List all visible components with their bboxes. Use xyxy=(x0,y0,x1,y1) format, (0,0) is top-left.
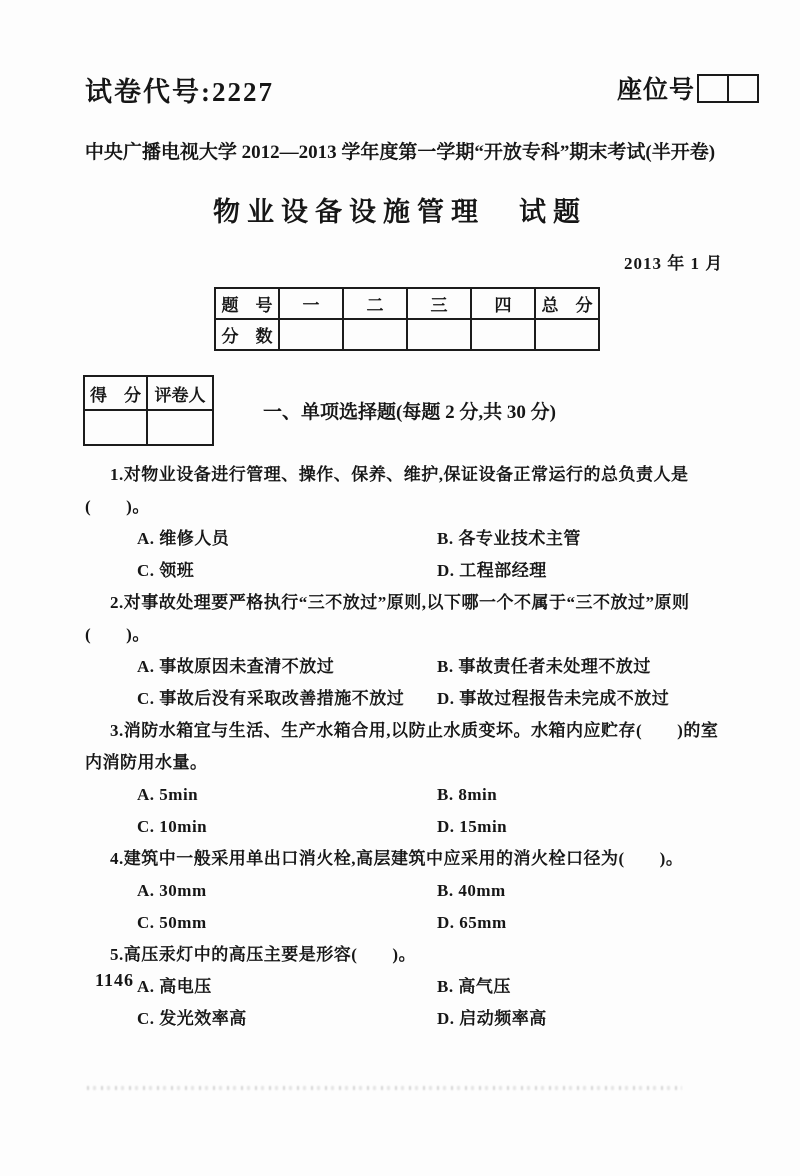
option-row: C. 10min D. 15min xyxy=(85,811,735,843)
question-1: 1.对物业设备进行管理、操作、保养、维护,保证设备正常运行的总负责人是( )。 … xyxy=(85,459,735,587)
option-d: D. 工程部经理 xyxy=(437,555,547,587)
question-5: 5.高压汞灯中的高压主要是形容( )。 A. 高电压 B. 高气压 C. 发光效… xyxy=(85,939,735,1035)
score-label-cell: 得 分 xyxy=(84,376,147,410)
score-table-header-row: 题 号 一 二 三 四 总 分 xyxy=(215,288,599,319)
question-number: 2. xyxy=(110,593,124,612)
score-table-header-cell: 三 xyxy=(407,288,471,319)
grader-label-cell: 评卷人 xyxy=(147,376,213,410)
option-c: C. 领班 xyxy=(137,555,194,587)
question-number: 4. xyxy=(110,849,124,868)
page-number: 1146 xyxy=(95,970,134,991)
grader-box-header-row: 得 分 评卷人 xyxy=(84,376,213,410)
question-body: 高压汞灯中的高压主要是形容( )。 xyxy=(124,945,416,964)
option-row: A. 维修人员 B. 各专业技术主管 xyxy=(85,523,735,555)
grader-box-empty-row xyxy=(84,410,213,445)
question-body: 对物业设备进行管理、操作、保养、维护,保证设备正常运行的总负责人是( )。 xyxy=(85,465,689,516)
score-cell-empty xyxy=(471,319,535,350)
option-row: A. 5min B. 8min xyxy=(85,779,735,811)
seat-number-area: 座位号 xyxy=(617,70,759,106)
seat-number-label: 座位号 xyxy=(617,70,695,106)
option-row: A. 高电压 B. 高气压 xyxy=(85,971,735,1003)
grader-score-box: 得 分 评卷人 xyxy=(83,375,214,446)
grader-empty-cell xyxy=(147,410,213,445)
seat-number-box-2 xyxy=(729,74,759,103)
option-d: D. 事故过程报告未完成不放过 xyxy=(437,683,669,715)
seat-number-boxes xyxy=(697,74,759,103)
question-number: 1. xyxy=(110,465,124,484)
question-number: 5. xyxy=(110,945,124,964)
question-2: 2.对事故处理要严格执行“三不放过”原则,以下哪一个不属于“三不放过”原则( )… xyxy=(85,587,735,715)
question-text: 2.对事故处理要严格执行“三不放过”原则,以下哪一个不属于“三不放过”原则( )… xyxy=(85,587,735,651)
question-text: 3.消防水箱宜与生活、生产水箱合用,以防止水质变坏。水箱内应贮存( )的室内消防… xyxy=(85,715,735,779)
question-body: 对事故处理要严格执行“三不放过”原则,以下哪一个不属于“三不放过”原则( )。 xyxy=(85,593,690,644)
option-a: A. 高电压 xyxy=(137,971,212,1003)
exam-paper-page: 试卷代号:2227 座位号 中央广播电视大学 2012—2013 学年度第一学期… xyxy=(0,0,800,1176)
score-row-label: 分 数 xyxy=(215,319,279,350)
option-d: D. 15min xyxy=(437,811,507,843)
score-cell-empty xyxy=(279,319,343,350)
option-d: D. 65mm xyxy=(437,907,507,939)
question-text: 5.高压汞灯中的高压主要是形容( )。 xyxy=(85,939,735,971)
question-body: 建筑中一般采用单出口消火栓,高层建筑中应采用的消火栓口径为( )。 xyxy=(124,849,684,868)
score-empty-cell xyxy=(84,410,147,445)
option-row: C. 发光效率高 D. 启动频率高 xyxy=(85,1003,735,1035)
page-title: 物业设备设施管理 试题 xyxy=(0,190,800,229)
scan-smudge-artifact xyxy=(87,1086,682,1090)
score-table-header-cell: 四 xyxy=(471,288,535,319)
score-cell-empty xyxy=(407,319,471,350)
option-row: A. 事故原因未查清不放过 B. 事故责任者未处理不放过 xyxy=(85,651,735,683)
option-a: A. 5min xyxy=(137,779,198,811)
score-table-header-cell: 题 号 xyxy=(215,288,279,319)
question-4: 4.建筑中一般采用单出口消火栓,高层建筑中应采用的消火栓口径为( )。 A. 3… xyxy=(85,843,735,939)
score-table-header-cell: 一 xyxy=(279,288,343,319)
question-3: 3.消防水箱宜与生活、生产水箱合用,以防止水质变坏。水箱内应贮存( )的室内消防… xyxy=(85,715,735,843)
option-b: B. 40mm xyxy=(437,875,506,907)
option-c: C. 事故后没有采取改善措施不放过 xyxy=(137,683,404,715)
score-table-header-cell: 总 分 xyxy=(535,288,599,319)
option-c: C. 发光效率高 xyxy=(137,1003,247,1035)
option-b: B. 各专业技术主管 xyxy=(437,523,581,555)
score-table-score-row: 分 数 xyxy=(215,319,599,350)
option-a: A. 维修人员 xyxy=(137,523,229,555)
option-a: A. 事故原因未查清不放过 xyxy=(137,651,334,683)
score-cell-empty xyxy=(535,319,599,350)
question-text: 4.建筑中一般采用单出口消火栓,高层建筑中应采用的消火栓口径为( )。 xyxy=(85,843,735,875)
seat-number-box-1 xyxy=(697,74,729,103)
score-table-header-cell: 二 xyxy=(343,288,407,319)
option-b: B. 高气压 xyxy=(437,971,511,1003)
option-c: C. 10min xyxy=(137,811,207,843)
option-b: B. 8min xyxy=(437,779,497,811)
option-c: C. 50mm xyxy=(137,907,207,939)
option-row: C. 事故后没有采取改善措施不放过 D. 事故过程报告未完成不放过 xyxy=(85,683,735,715)
exam-date: 2013 年 1 月 xyxy=(624,249,723,274)
question-list: 1.对物业设备进行管理、操作、保养、维护,保证设备正常运行的总负责人是( )。 … xyxy=(85,459,735,1035)
option-row: C. 领班 D. 工程部经理 xyxy=(85,555,735,587)
question-body: 消防水箱宜与生活、生产水箱合用,以防止水质变坏。水箱内应贮存( )的室内消防用水… xyxy=(85,721,718,772)
option-row: C. 50mm D. 65mm xyxy=(85,907,735,939)
section-1-heading: 一、单项选择题(每题 2 分,共 30 分) xyxy=(263,397,556,424)
paper-code: 试卷代号:2227 xyxy=(85,70,274,109)
option-row: A. 30mm B. 40mm xyxy=(85,875,735,907)
option-a: A. 30mm xyxy=(137,875,207,907)
option-d: D. 启动频率高 xyxy=(437,1003,547,1035)
question-number: 3. xyxy=(110,721,124,740)
university-exam-line: 中央广播电视大学 2012—2013 学年度第一学期“开放专科”期末考试(半开卷… xyxy=(0,137,800,164)
score-summary-table: 题 号 一 二 三 四 总 分 分 数 xyxy=(214,287,600,351)
question-text: 1.对物业设备进行管理、操作、保养、维护,保证设备正常运行的总负责人是( )。 xyxy=(85,459,735,523)
score-cell-empty xyxy=(343,319,407,350)
option-b: B. 事故责任者未处理不放过 xyxy=(437,651,651,683)
